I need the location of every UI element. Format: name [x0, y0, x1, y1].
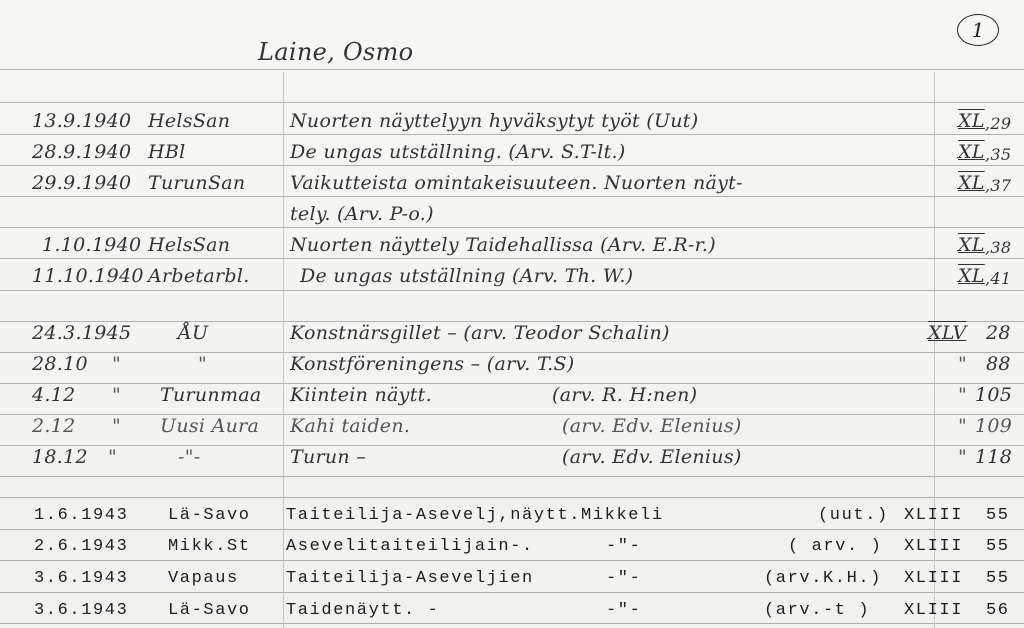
entry-page: 55: [986, 569, 1010, 588]
entry-volume: ": [958, 415, 967, 437]
entry-volume: ": [958, 446, 967, 468]
entry-title: Vaikutteista omintakeisuuteen. Nuorten n…: [290, 172, 743, 194]
entry-volume: XL: [958, 172, 985, 194]
entry-volume: XLIII: [904, 569, 963, 588]
entry-volume: XL: [958, 141, 985, 163]
ruled-line: [0, 476, 1024, 477]
entry-volume: XLIII: [904, 601, 963, 620]
entry-page: 28: [986, 322, 1011, 344]
entry-page: 55: [986, 537, 1010, 556]
entry-page: 118: [975, 446, 1012, 468]
entry-source: ÅU: [178, 322, 208, 344]
entry-source: ": [198, 353, 207, 375]
entry-volume: ": [958, 384, 967, 406]
entry-source: TurunSan: [148, 172, 245, 194]
card-number-badge: 1: [957, 14, 999, 46]
entry-page: ,29: [985, 114, 1011, 133]
entry-date: 3.6.1943: [34, 569, 128, 588]
index-card: Laine, Osmo 1 13.9.1940 HelsSan Nuorten …: [0, 0, 1024, 628]
ruled-line: [0, 414, 1024, 415]
entry-page: ,41: [985, 269, 1011, 288]
ruled-line: [0, 196, 1024, 197]
entry-date: 1.10.1940: [42, 234, 141, 256]
entry-date: 4.12: [32, 384, 76, 406]
entry-reviewer: (arv. Edv. Elenius): [562, 415, 742, 437]
entry-title: Turun –: [290, 446, 366, 468]
entry-reviewer: (arv. Edv. Elenius): [562, 446, 742, 468]
ruled-line: [0, 69, 1024, 70]
entry-title-continued: tely. (Arv. P-o.): [290, 203, 434, 225]
entry-page: 109: [975, 415, 1012, 437]
ruled-line: [0, 445, 1024, 446]
entry-volume: XL: [958, 234, 985, 256]
entry-note: (uut.): [818, 506, 889, 525]
entry-title: Konstföreningens – (arv. T.S): [290, 353, 575, 375]
ruled-line: [0, 497, 1024, 498]
ruled-line: [0, 592, 1024, 593]
ditto-mark: -"-: [606, 569, 641, 588]
ditto-mark: ": [108, 446, 117, 468]
entry-date: 3.6.1943: [34, 601, 128, 620]
ditto-mark: ": [112, 353, 121, 375]
entry-source: Uusi Aura: [160, 415, 259, 437]
ditto-mark: -"-: [606, 601, 641, 620]
entry-page: ,35: [985, 145, 1011, 164]
entry-page: 105: [975, 384, 1012, 406]
entry-page: 56: [986, 601, 1010, 620]
entry-date: 28.9.1940: [32, 141, 131, 163]
entry-source: Lä-Savo: [168, 506, 251, 525]
entry-source: HBl: [148, 141, 186, 163]
entry-title: De ungas utställning (Arv. Th. W.): [300, 265, 633, 287]
entry-date: 11.10.1940: [32, 265, 144, 287]
entry-title: Kiintein näytt.: [290, 384, 432, 406]
entry-date: 28.10: [32, 353, 88, 375]
entry-title: Nuorten näyttely Taidehallissa (Arv. E.R…: [290, 234, 716, 256]
entry-note: ( arv. ): [788, 537, 882, 556]
entry-page: 55: [986, 506, 1010, 525]
entry-volume: ": [958, 353, 967, 375]
entry-title: Kahi taiden.: [290, 415, 410, 437]
card-name: Laine, Osmo: [258, 38, 413, 66]
ruled-line: [0, 134, 1024, 135]
ruled-line: [0, 258, 1024, 259]
entry-date: 2.12: [32, 415, 76, 437]
entry-source: Turunmaa: [160, 384, 262, 406]
entry-volume: XLV: [928, 322, 967, 344]
ruled-line: [0, 560, 1024, 561]
entry-date: 1.6.1943: [34, 506, 128, 525]
entry-source: HelsSan: [148, 110, 230, 132]
entry-page: ,38: [985, 238, 1011, 257]
ditto-mark: -"-: [606, 537, 641, 556]
entry-title: Taiteilija-Aseveljien: [286, 569, 534, 588]
entry-volume: XLIII: [904, 506, 963, 525]
ruled-line: [0, 102, 1024, 103]
entry-source: Lä-Savo: [168, 601, 251, 620]
entry-volume: XL: [958, 110, 985, 132]
ruled-line: [0, 529, 1024, 530]
entry-title: Nuorten näyttelyyn hyväksytyt työt (Uut): [290, 110, 698, 132]
ruled-line: [0, 165, 1024, 166]
ditto-mark: ": [112, 384, 121, 406]
ruled-line: [0, 227, 1024, 228]
entry-title: Taiteilija-Asevelj,näytt.Mikkeli: [286, 506, 664, 525]
ruled-line: [0, 290, 1024, 291]
ditto-mark: ": [112, 415, 121, 437]
entry-source: -"-: [178, 446, 200, 468]
ruled-line: [0, 383, 1024, 384]
column-divider: [283, 72, 284, 628]
entry-date: 29.9.1940: [32, 172, 131, 194]
entry-title: Taidenäytt. -: [286, 601, 439, 620]
entry-page: ,37: [985, 176, 1011, 195]
entry-source: Vapaus: [168, 569, 239, 588]
entry-date: 2.6.1943: [34, 537, 128, 556]
entry-volume: XL: [958, 265, 985, 287]
entry-source: Mikk.St: [168, 537, 251, 556]
entry-source: HelsSan: [148, 234, 230, 256]
entry-reviewer: (arv. R. H:nen): [552, 384, 697, 406]
entry-source: Arbetarbl.: [148, 265, 250, 287]
entry-page: 88: [986, 353, 1011, 375]
entry-note: (arv.-t ): [764, 601, 870, 620]
entry-date: 24.3.1945: [32, 322, 131, 344]
ruled-line: [0, 623, 1024, 624]
entry-title: Konstnärsgillet – (arv. Teodor Schalin): [290, 322, 670, 344]
entry-title: Asevelitaiteilijain-.: [286, 537, 534, 556]
entry-note: (arv.K.H.): [764, 569, 882, 588]
entry-date: 18.12: [32, 446, 88, 468]
entry-title: De ungas utställning. (Arv. S.T-lt.): [290, 141, 626, 163]
entry-volume: XLIII: [904, 537, 963, 556]
entry-date: 13.9.1940: [32, 110, 131, 132]
